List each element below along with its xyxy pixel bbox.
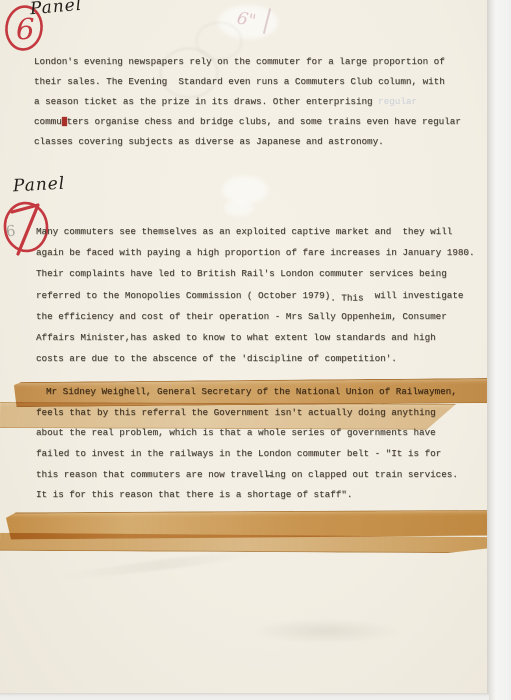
typed-line: It is for this reason that there is a sh… <box>36 485 458 506</box>
typed-line: Affairs Minister,has asked to know to wh… <box>36 327 475 348</box>
typed-line: London's evening newspapers rely on the … <box>34 52 461 72</box>
panel-annotation-2: Panel <box>13 174 66 197</box>
typed-line: Their complaints have led to British Rai… <box>36 263 475 284</box>
typescript-paragraph-1: London's evening newspapers rely on the … <box>34 52 461 152</box>
panel-annotation-1: Panel <box>29 0 83 19</box>
erased-ghost-word: regular <box>378 96 417 107</box>
typed-line: Many commuters see themselves as an expl… <box>36 221 475 242</box>
typed-line: costs are due to the abscence of the 'di… <box>36 348 475 369</box>
pencil-smudge <box>250 618 400 644</box>
paper-crease <box>60 548 260 582</box>
typed-line: the efficiency and cost of their operati… <box>36 306 475 327</box>
correction-fluid-blob <box>224 200 254 216</box>
scan-background-right <box>487 0 511 700</box>
typed-text: referred to the Monopolies Commission ( … <box>36 290 330 301</box>
typed-line: a season ticket as the prize in its draw… <box>34 92 461 112</box>
typed-line: commuters organise chess and bridge club… <box>34 112 461 132</box>
pencil-number-6: 6 <box>5 222 16 241</box>
typed-text: ters organise chess and bridge clubs, an… <box>67 116 461 127</box>
scanned-page: 6 Panel 6" London's evening newspapers r… <box>0 0 511 700</box>
typed-line: referred to the Monopolies Commission ( … <box>36 285 475 306</box>
typescript-paragraph-2: Many commuters see themselves as an expl… <box>36 221 475 369</box>
typed-line: again be faced with paying a high propor… <box>36 242 475 263</box>
dropped-baseline-text: . This <box>330 287 363 308</box>
typed-line: their sales. The Evening Standard even r… <box>34 72 461 92</box>
scan-background-bottom <box>0 693 489 700</box>
typed-text: a season ticket as the prize in its draw… <box>34 96 378 107</box>
paper-sheet: 6 Panel 6" London's evening newspapers r… <box>0 0 489 694</box>
typed-line: classes covering subjects as diverse as … <box>34 132 461 152</box>
typed-line: this reason that commuters are now trave… <box>36 465 458 486</box>
typed-text: commu <box>34 116 62 127</box>
typed-line: failed to invest in the railways in the … <box>36 444 458 465</box>
typed-text: will investigate <box>364 290 464 301</box>
sellotape-strip-over-line2 <box>0 402 456 430</box>
